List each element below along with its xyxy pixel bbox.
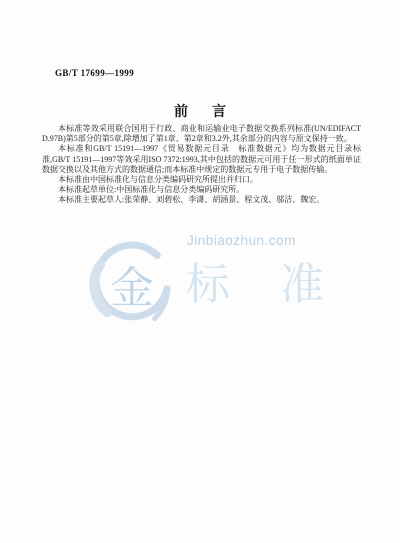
jinbiaozhun-logo-icon: 金 bbox=[88, 238, 176, 336]
paragraph: 本标准主要起草人:张荣静、刘碧松、李潇、胡涵景、程文茂、邬洁、魏宏。 bbox=[42, 195, 361, 205]
page-title: 前言 bbox=[0, 101, 400, 121]
standard-number: GB/T 17699—1999 bbox=[55, 68, 134, 78]
watermark-site-url: Jinbiaozhun.com bbox=[187, 233, 296, 248]
watermark-brand-text: 标 准 bbox=[186, 248, 343, 312]
paragraph: 本标准和GB/T 15191—1997《贸易数据元目录 标准数据元》均为数据元目… bbox=[42, 144, 361, 175]
page-title-text: 前言 bbox=[174, 105, 250, 120]
foreword-body: 本标准等效采用联合国用于行政、商业和运输业电子数据交换系列标准(UN/EDIFA… bbox=[42, 124, 361, 206]
logo-jin-character: 金 bbox=[110, 265, 154, 313]
site-watermark: 金 Jinbiaozhun.com 标 准 bbox=[88, 228, 308, 336]
document-page: GB/T 17699—1999 前言 本标准等效采用联合国用于行政、商业和运输业… bbox=[0, 0, 400, 543]
paragraph: 本标准起草单位:中国标准化与信息分类编码研究所。 bbox=[42, 185, 361, 195]
paragraph: 本标准等效采用联合国用于行政、商业和运输业电子数据交换系列标准(UN/EDIFA… bbox=[42, 124, 361, 144]
paragraph: 本标准由中国标准化与信息分类编码研究所提出并归口。 bbox=[42, 175, 361, 185]
